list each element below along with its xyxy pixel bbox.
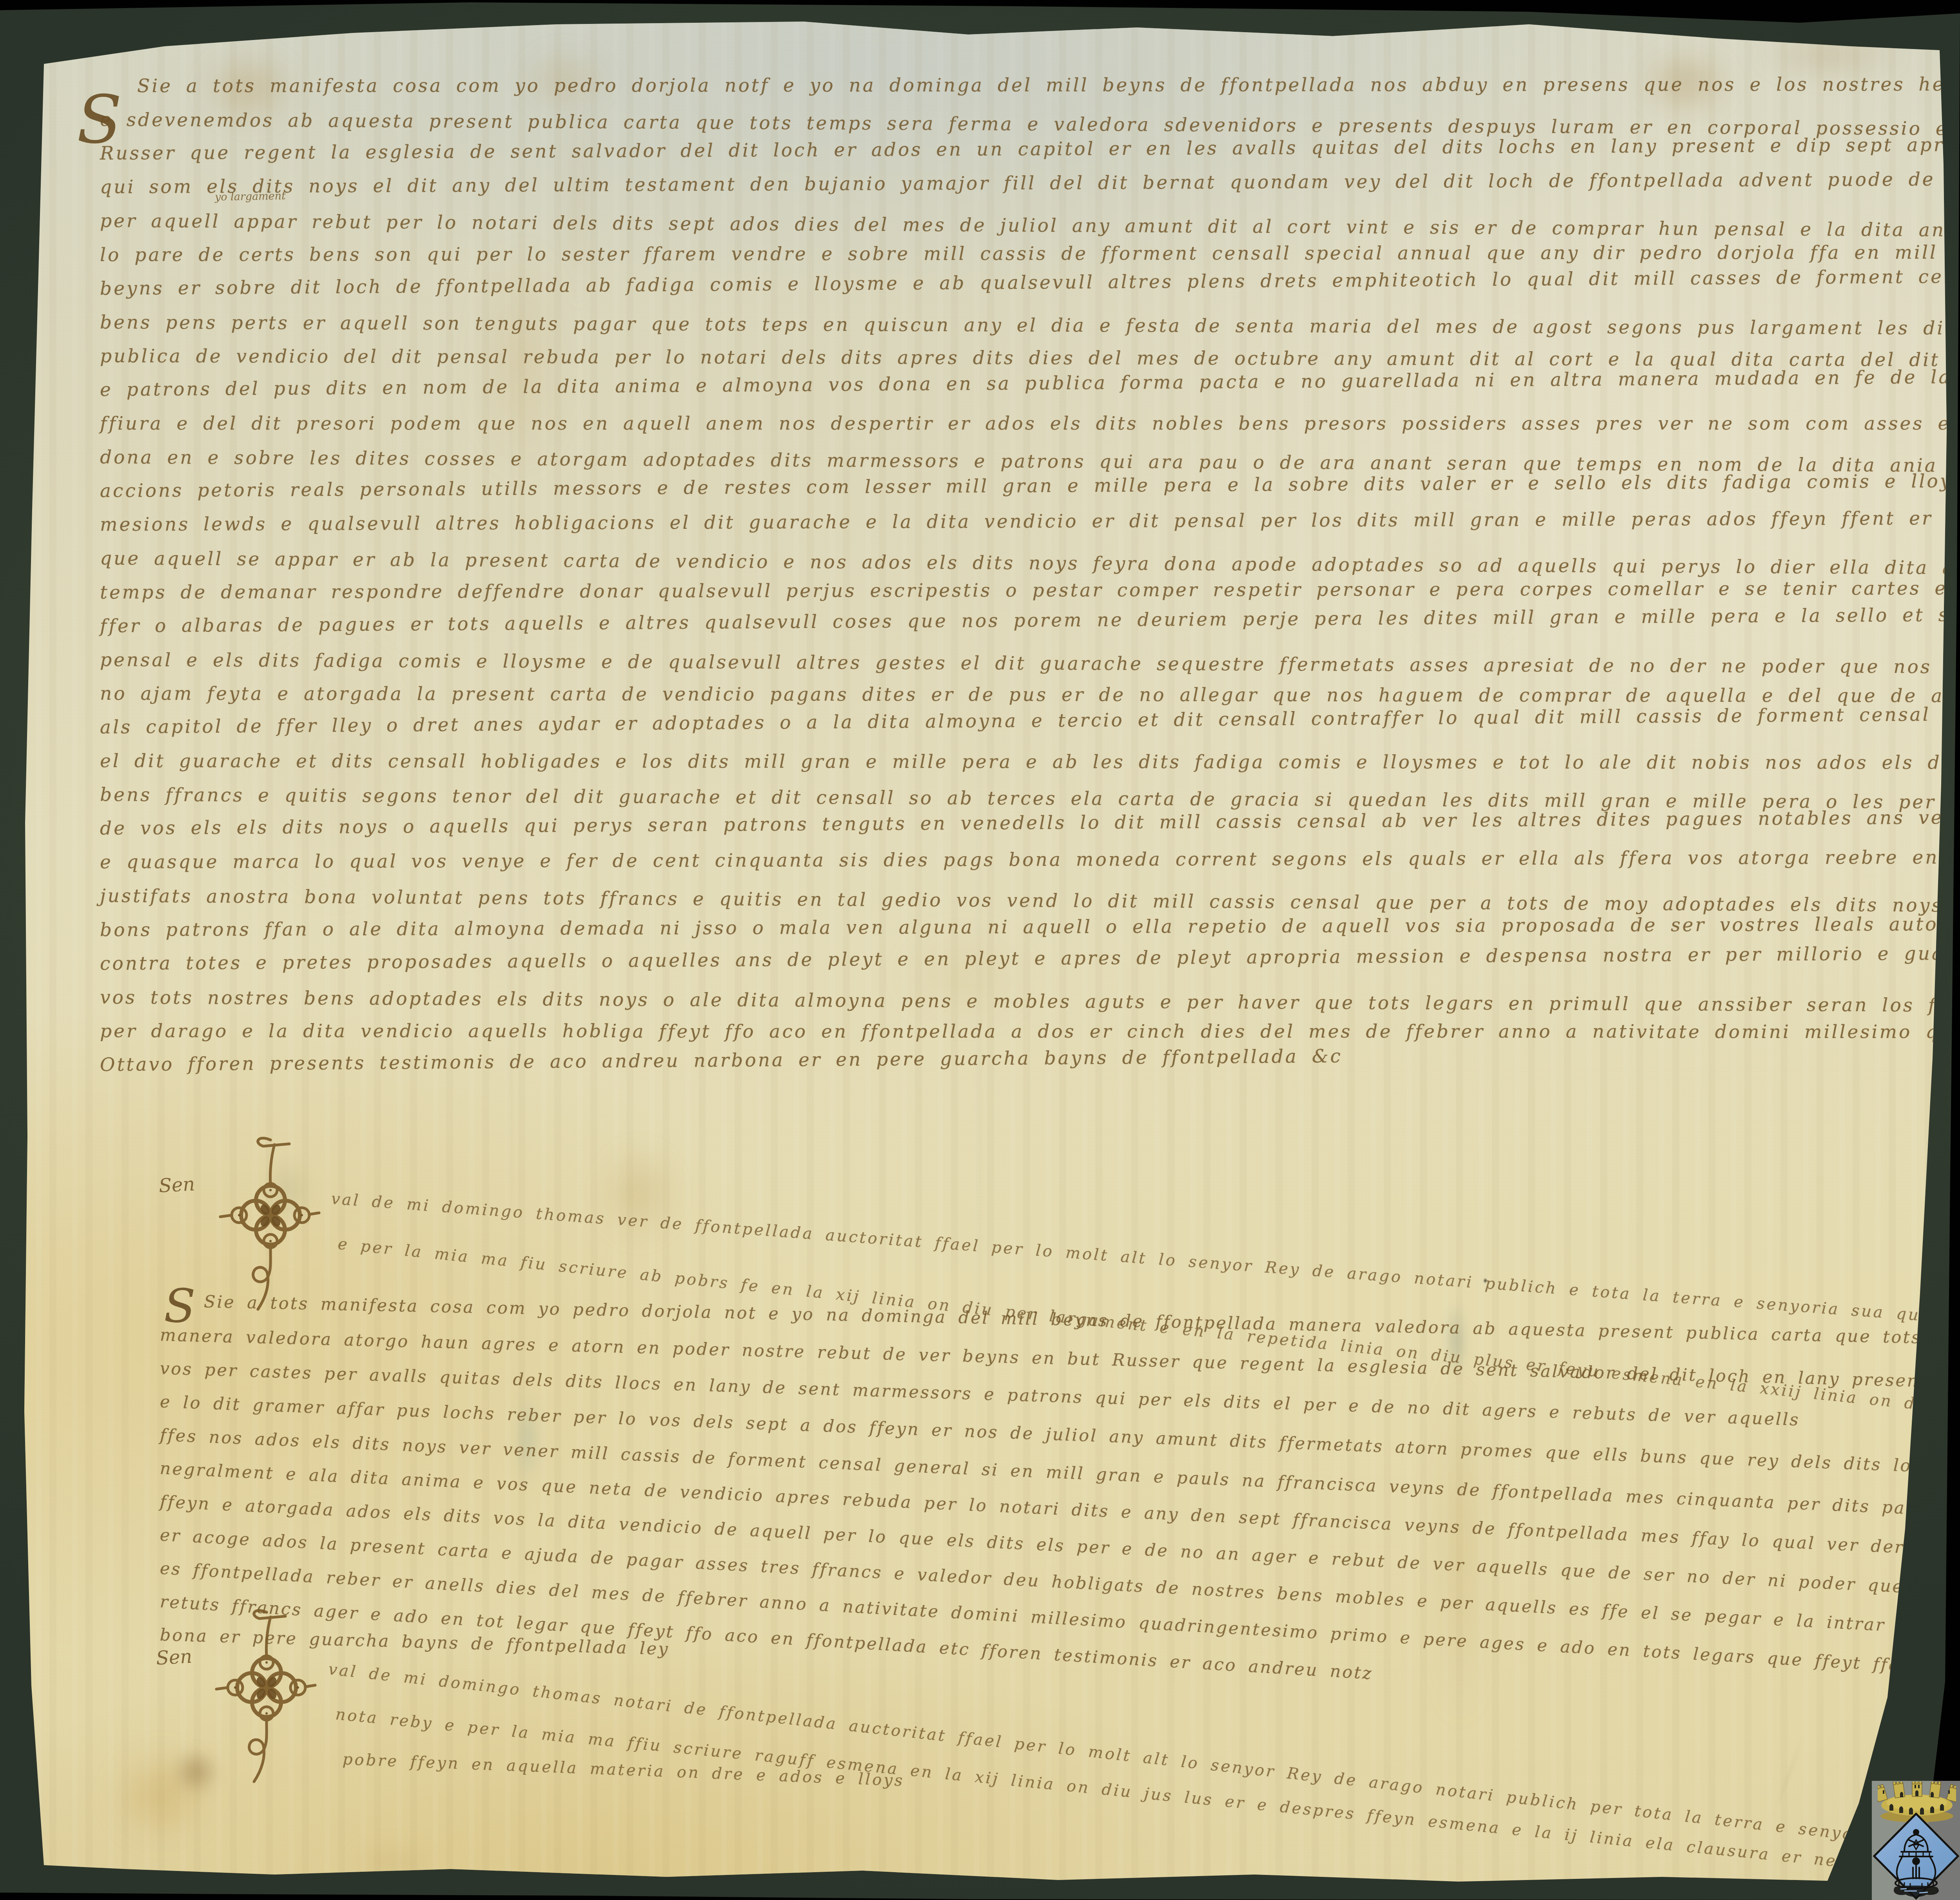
manuscript-line: mesions lewds e qualsevull altres hoblig… bbox=[100, 506, 1960, 535]
interlinear-note: yo largament bbox=[215, 190, 286, 203]
parchment-stain bbox=[94, 1733, 227, 1858]
manuscript-line: de vos els els dits noys o aquells qui p… bbox=[100, 806, 1960, 839]
manuscript-line: lo pare de certs bens son qui per lo ses… bbox=[100, 241, 1960, 266]
manuscript-line: el dit guarache et dits censall hobligad… bbox=[100, 750, 1960, 774]
manuscript-line: no ajam feyta e atorgada la present cart… bbox=[100, 683, 1960, 707]
manuscript-line: pensal e els dits fadiga comis e lloysme… bbox=[100, 649, 1960, 679]
manuscript-line: beyns er sobre dit loch de ffontpellada … bbox=[100, 264, 1960, 299]
manuscript-line: Russer que regent la esglesia de sent sa… bbox=[100, 132, 1960, 164]
sen-label-2: Sen bbox=[156, 1646, 193, 1670]
manuscript-line: ffer o albaras de pagues er tots aquells… bbox=[100, 602, 1960, 637]
parchment-sheet: S Sie a tots manifesta cosa com yo pedro… bbox=[0, 0, 1960, 1900]
manuscript-line: Ottavo fforen presents testimonis de aco… bbox=[100, 1045, 1343, 1076]
manuscript-line: qui som els dits noys el dit any del ult… bbox=[100, 167, 1960, 198]
notarial-signum-icon bbox=[212, 1133, 321, 1317]
parchment-stain bbox=[588, 1129, 690, 1258]
manuscript-line: Sie a tots manifesta cosa com yo pedro d… bbox=[137, 73, 1960, 97]
manuscript-line: publica de vendicio del dit pensal rebud… bbox=[100, 345, 1960, 372]
manuscript-line: justifats anostra bona voluntat pens tot… bbox=[100, 885, 1960, 917]
fountain-lozenge-icon bbox=[1873, 1813, 1959, 1900]
manuscript-line: contra totes e pretes proposades aquells… bbox=[100, 940, 1960, 974]
manuscript-line: als capitol de ffer lley o dret anes ayd… bbox=[100, 702, 1960, 738]
second-initial-letter: S bbox=[164, 1283, 196, 1329]
manuscript-line: bens pens perts er aquell son tenguts pa… bbox=[100, 312, 1960, 340]
crease-mark bbox=[1768, 1720, 1809, 1831]
photo-scene: S Sie a tots manifesta cosa com yo pedro… bbox=[0, 0, 1960, 1900]
manuscript-line: que aquell se appar er ab la present car… bbox=[100, 548, 1960, 581]
manuscript-line: temps de demanar respondre deffendre don… bbox=[100, 577, 1960, 603]
manuscript-line: e patrons del pus dits en nom de la dita… bbox=[100, 364, 1960, 401]
manuscript-line: per darago e la dita vendicio aquells ho… bbox=[100, 1020, 1960, 1043]
manuscript-line: per aquell appar rebut per lo notari del… bbox=[100, 210, 1960, 244]
manuscript-line: bons patrons ffan o ale dita almoyna dem… bbox=[100, 913, 1960, 941]
manuscript-line: vos tots nostres bens adoptades els dits… bbox=[100, 987, 1960, 1018]
sen-label-1: Sen bbox=[158, 1173, 196, 1197]
notarial-annotation-line: nota reby e per la mia ma ffiu scriure r… bbox=[335, 1705, 1960, 1899]
notarial-signum-icon bbox=[208, 1605, 318, 1789]
manuscript-line: accions petoris reals personals utills m… bbox=[100, 468, 1960, 502]
manuscript-line: ffiura e del dit presori podem que nos e… bbox=[100, 413, 1960, 434]
manuscript-line: e quasque marca lo qual vos venye e fer … bbox=[100, 846, 1960, 873]
